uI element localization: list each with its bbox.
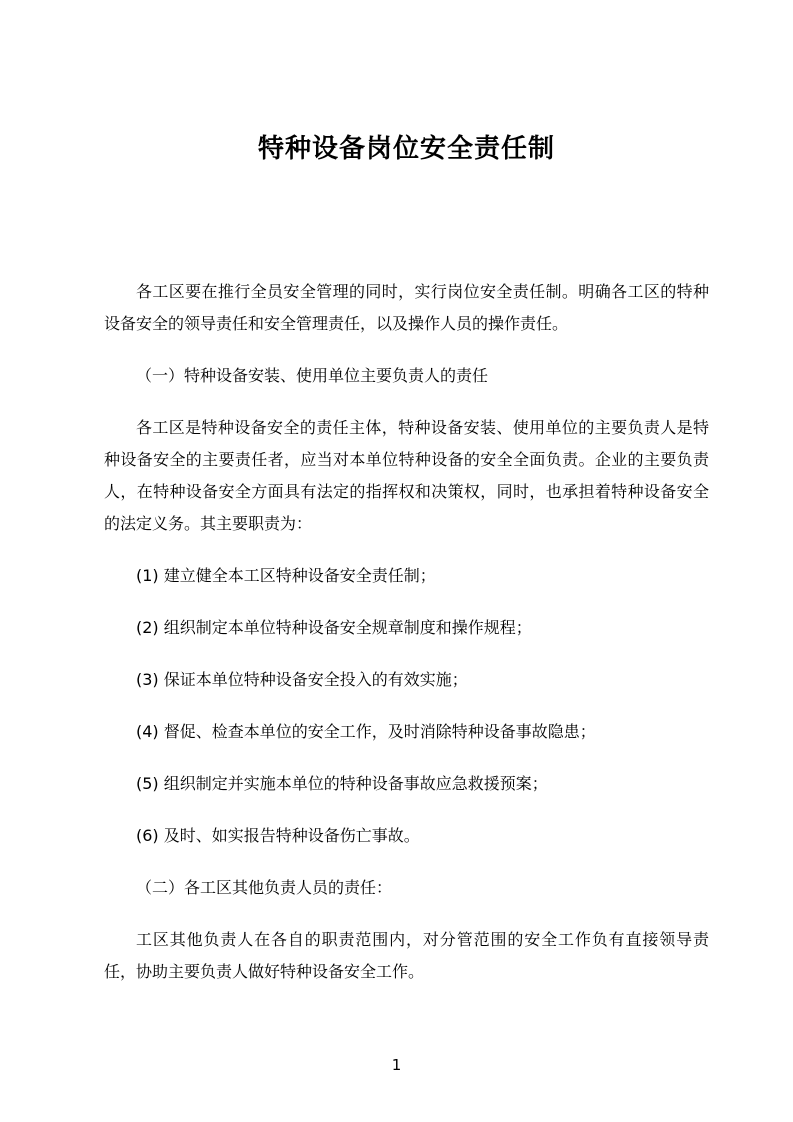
paragraph-section-2: 工区其他负责人在各自的职责范围内，对分管范围的安全工作负有直接领导责任，协助主要…: [104, 924, 709, 988]
document-content: 特种设备岗位安全责任制 各工区要在推行全员安全管理的同时，实行岗位安全责任制。明…: [0, 0, 793, 988]
list-item-4: (4) 督促、检查本单位的安全工作，及时消除特种设备事故隐患；: [104, 716, 709, 748]
document-title: 特种设备岗位安全责任制: [104, 132, 709, 166]
list-item-3: (3) 保证本单位特种设备安全投入的有效实施；: [104, 664, 709, 696]
paragraph-section-1: 各工区是特种设备安全的责任主体，特种设备安装、使用单位的主要负责人是特种设备安全…: [104, 412, 709, 540]
section-heading-2: （二）各工区其他负责人员的责任：: [104, 872, 709, 904]
list-item-2: (2) 组织制定本单位特种设备安全规章制度和操作规程；: [104, 612, 709, 644]
section-heading-1: （一）特种设备安装、使用单位主要负责人的责任: [104, 360, 709, 392]
list-item-1: (1) 建立健全本工区特种设备安全责任制；: [104, 560, 709, 592]
paragraph-intro: 各工区要在推行全员安全管理的同时，实行岗位安全责任制。明确各工区的特种设备安全的…: [104, 276, 709, 340]
list-item-6: (6) 及时、如实报告特种设备伤亡事故。: [104, 820, 709, 852]
list-item-5: (5) 组织制定并实施本单位的特种设备事故应急救援预案；: [104, 768, 709, 800]
page-number: 1: [0, 1054, 793, 1076]
document-page: 特种设备岗位安全责任制 各工区要在推行全员安全管理的同时，实行岗位安全责任制。明…: [0, 0, 793, 1122]
